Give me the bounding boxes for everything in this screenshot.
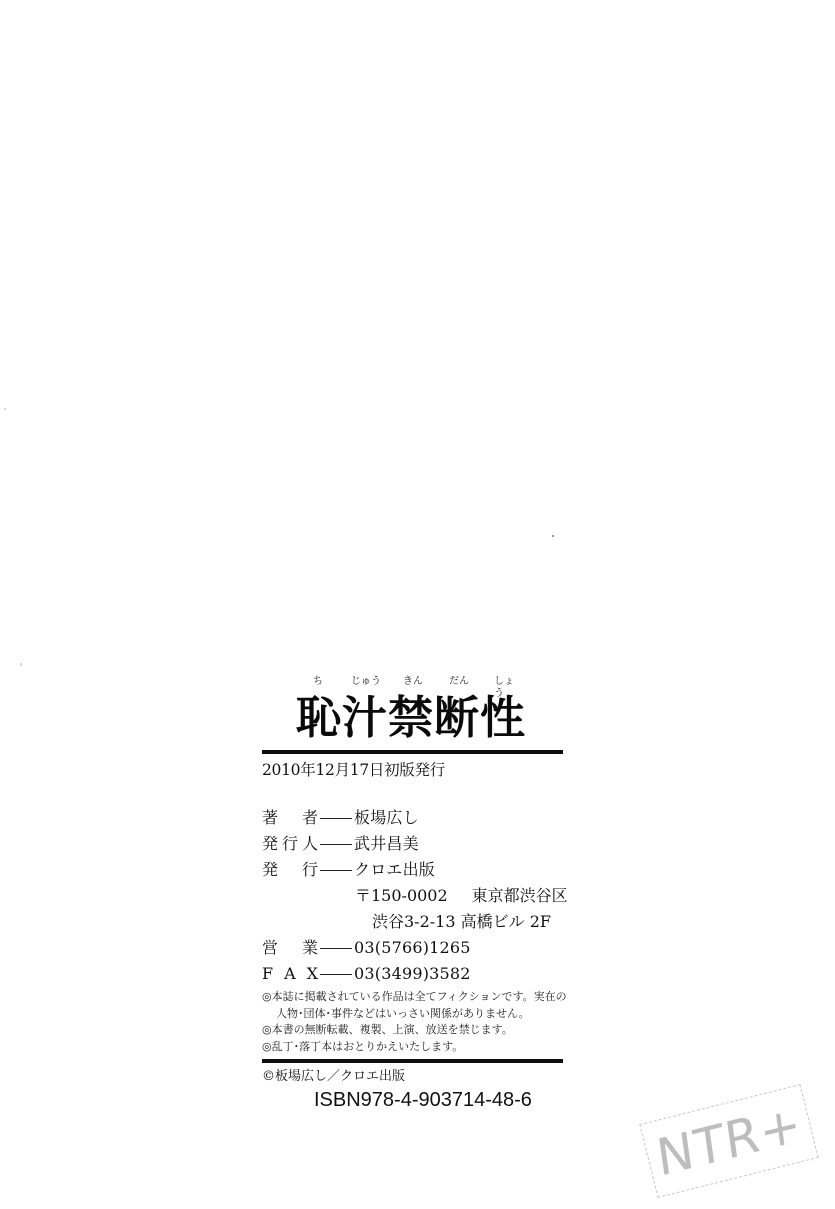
author-name: 板場広し [354,807,419,829]
title-ruby: ち じゅう きん だん しょう [298,676,530,690]
sales-phone: 03(5766)1265 [354,937,471,959]
note-reproduction: ◎本書の無断転載、複製、上演、放送を禁じます。 [262,1022,572,1039]
contact-row-sales: 営 業 03(5766)1265 [262,937,471,959]
note-fiction-cont: 人物･団体･事件などはいっさい関係がありません。 [262,1006,572,1023]
label-char: 著 [262,807,278,829]
credit-label: 発 行 人 [262,833,318,855]
watermark-stamp: NTR+ [639,1084,818,1198]
book-title: 恥汁禁断性 [296,692,526,744]
credit-row-publisher: 発 行 クロエ出版 [262,859,435,881]
scan-speck [20,663,22,666]
contact-label: 営 業 [262,937,318,959]
postal-code: 〒150-0002 [355,886,448,905]
fax-number: 03(3499)3582 [354,963,471,985]
leader-dash [320,818,352,819]
leader-dash [320,948,352,949]
address-line-1: 〒150-0002東京都渋谷区 [355,885,568,907]
contact-label: F A X [262,963,318,985]
note-fiction: ◎本誌に掲載されている作品は全てフィクションです。実在の [262,989,572,1006]
label-char: X [307,963,318,985]
address-city: 東京都渋谷区 [472,886,568,905]
address-line-2: 渋谷3-2-13 高橋ビル 2F [372,911,551,933]
label-char: 発 [262,859,278,881]
publisher-person-name: 武井昌美 [354,833,419,855]
credit-label: 著 者 [262,807,318,829]
isbn: ISBN978-4-903714-48-6 [314,1088,532,1112]
bottom-rule [262,1059,563,1063]
publication-date: 2010年12月17日初版発行 [262,760,445,780]
credit-label: 発 行 [262,859,318,881]
copyright: ©板場広し／クロエ出版 [262,1068,405,1086]
note-defects: ◎乱丁･落丁本はおとりかえいたします。 [262,1039,572,1056]
label-char: 行 [282,833,298,855]
watermark-text: NTR+ [653,1095,805,1187]
top-rule [262,750,563,754]
label-char: 発 [262,833,278,855]
ruby-3: きん [403,676,423,688]
credit-row-author: 著 者 板場広し [262,807,419,829]
leader-dash [320,844,352,845]
label-char: 人 [302,833,318,855]
leader-dash [320,974,352,975]
page: ち じゅう きん だん しょう 恥汁禁断性 2010年12月17日初版発行 著 … [0,0,835,1209]
ruby-1: ち [313,676,323,688]
ruby-4: だん [449,676,469,688]
publisher-name: クロエ出版 [354,859,435,881]
label-char: 営 [262,937,278,959]
label-char: A [284,963,296,985]
credit-row-publisher-person: 発 行 人 武井昌美 [262,833,419,855]
scan-speck [552,535,554,537]
legal-notes: ◎本誌に掲載されている作品は全てフィクションです。実在の 人物･団体･事件などは… [262,989,572,1055]
ruby-2: じゅう [351,676,381,688]
scan-speck [4,408,6,410]
contact-row-fax: F A X 03(3499)3582 [262,963,471,985]
label-char: 行 [302,859,318,881]
label-char: F [262,963,273,985]
label-char: 業 [302,937,318,959]
leader-dash [320,870,352,871]
label-char: 者 [302,807,318,829]
